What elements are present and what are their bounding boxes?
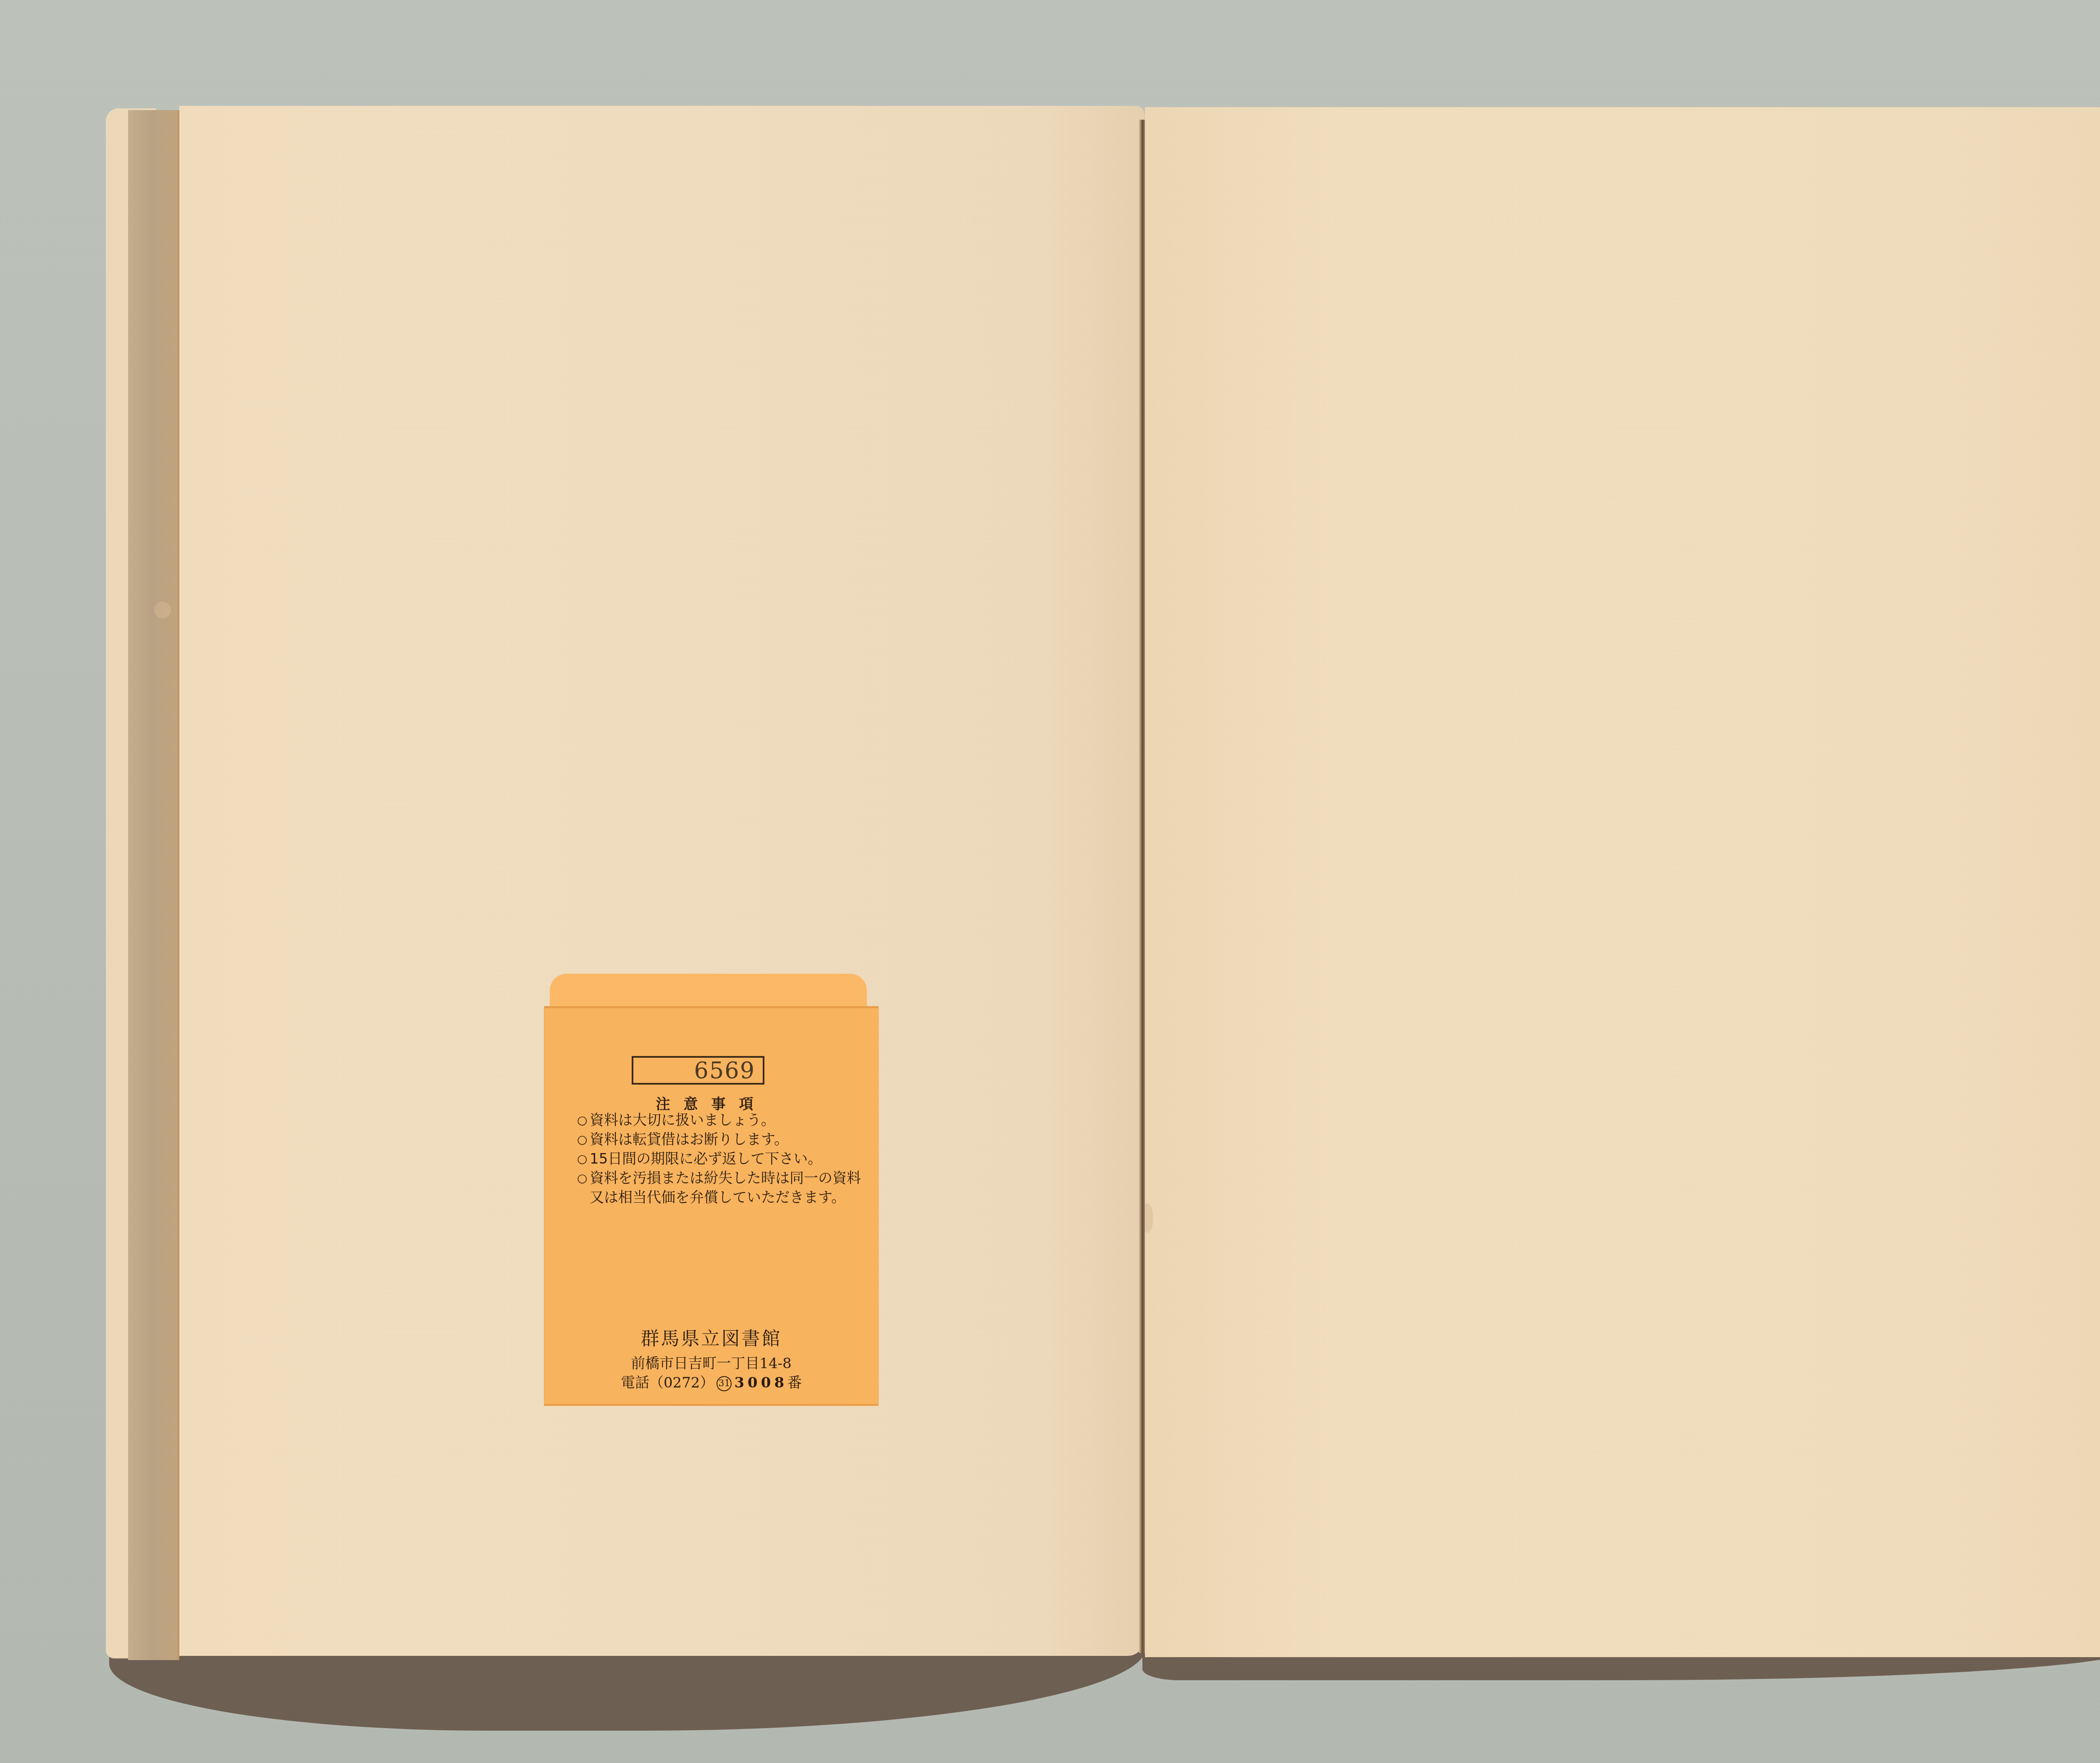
library-card-pocket[interactable]: 6569 注意事項 ○ 資料は大切に扱いましょう。 ○ 資料は転貸借はお断りしま… [544,974,880,1406]
notice-text: 資料は転貸借はお断りします。 [590,1130,788,1149]
paper-stain [154,602,171,618]
notice-item: ○ 資料は大切に扱いましょう。 [577,1111,867,1130]
circle-bullet-icon: ○ [577,1169,590,1207]
phone-number: 3008 [734,1374,787,1391]
left-page [179,106,1144,1656]
card-number: 6569 [694,1057,755,1084]
library-address: 前橋市日吉町一丁目14-8 [544,1352,878,1372]
notice-text: 資料は大切に扱いましょう。 [590,1111,775,1130]
pocket-front: 6569 注意事項 ○ 資料は大切に扱いましょう。 ○ 資料は転貸借はお断りしま… [544,1006,878,1406]
circle-bullet-icon: ○ [577,1130,590,1149]
spine-binding-tape [128,110,179,1660]
notice-item: ○ 15日間の期限に必ず返して下さい。 [577,1149,867,1169]
circle-bullet-icon: ○ [577,1111,590,1130]
phone-suffix: 番 [787,1374,802,1391]
notice-text: 資料を汚損または紛失した時は同一の資料又は相当代価を弁償していただきます。 [590,1169,867,1207]
notice-text: 15日間の期限に必ず返して下さい。 [590,1149,822,1169]
book-gutter [1139,120,1145,1653]
right-page [1145,107,2100,1657]
notice-list: ○ 資料は大切に扱いましょう。 ○ 資料は転貸借はお断りします。 ○ 15日間の… [577,1111,867,1207]
notice-title: 注意事項 [544,1093,878,1113]
notice-item: ○ 資料を汚損または紛失した時は同一の資料又は相当代価を弁償していただきます。 [577,1169,867,1207]
circle-bullet-icon: ○ [577,1149,590,1169]
phone-prefix: 電話（0272） [621,1374,714,1391]
notice-item: ○ 資料は転貸借はお断りします。 [577,1130,867,1149]
phone-exchange-circled: 31 [717,1376,732,1391]
library-name: 群馬県立図書館 [544,1324,878,1350]
library-phone: 電話（0272）313008番 [544,1371,878,1392]
card-number-box: 6569 [632,1056,764,1085]
